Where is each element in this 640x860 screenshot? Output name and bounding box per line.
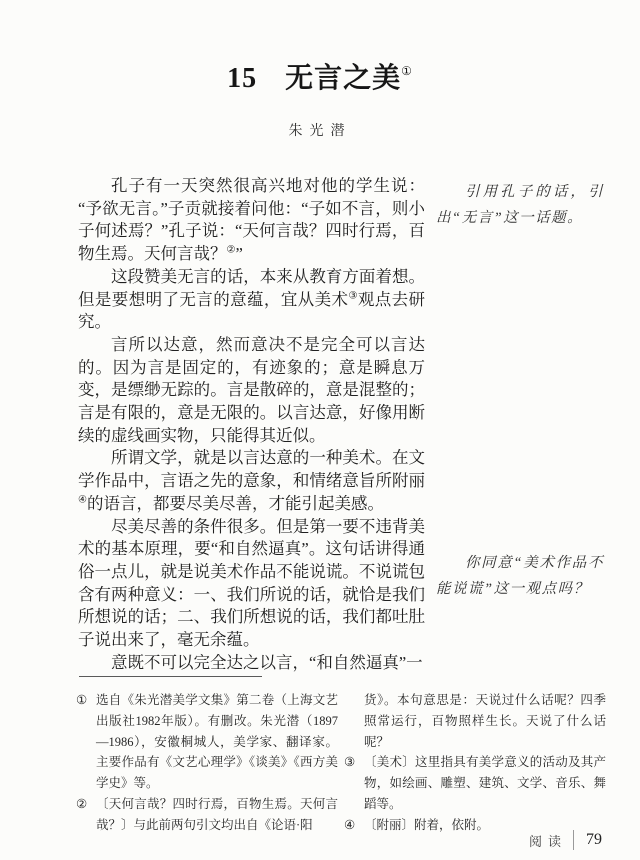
footnote-text: 选自《朱光潜美学文集》第二卷（上海文艺出版社1982年版）。有删改。朱光潜（18… [96, 693, 338, 790]
body-paragraph: 言所以达意，然而意决不是完全可以言达的。因为言是固定的，有迹象的；意是瞬息万变，… [78, 334, 425, 448]
body-paragraph: 意既不可以完全达之以言，“和自然逼真”一 [78, 652, 425, 675]
footnote-text: 〔美术〕这里指具有美学意义的活动及其产物，如绘画、雕塑、建筑、文学、音乐、舞蹈等… [364, 755, 606, 811]
body-paragraph: 所谓文学，就是以言达意的一种美术。在文学作品中，言语之先的意象，和情绪意旨所附丽… [78, 447, 425, 515]
footnotes-left-column: ①选自《朱光潜美学文集》第二卷（上海文艺出版社1982年版）。有删改。朱光潜（1… [76, 690, 338, 836]
article-body: 孔子有一天突然很高兴地对他的学生说：“予欲无言。”子贡就接着问他：“子如不言，则… [78, 175, 425, 674]
margin-note-question: 你同意“美术作品不能说谎”这一观点吗？ [436, 551, 604, 602]
footnote: ①选自《朱光潜美学文集》第二卷（上海文艺出版社1982年版）。有删改。朱光潜（1… [76, 690, 338, 794]
footnote-number: ② [76, 794, 87, 815]
body-paragraph: 孔子有一天突然很高兴地对他的学生说：“予欲无言。”子贡就接着问他：“子如不言，则… [78, 175, 425, 266]
footnote-number: ④ [344, 815, 355, 836]
footnote-text: 〔天何言哉？四时行焉，百物生焉。天何言哉？〕与此前两句引文均出自《论语·阳 [96, 797, 338, 832]
lesson-title-text: 无言之美 [285, 63, 401, 94]
footnotes-right-column: 货》。本句意思是：天说过什么话呢？四季照常运行，百物照样生长。天说了什么话呢？ … [344, 690, 606, 836]
footer-section-label: 阅读 [529, 831, 567, 850]
lesson-number: 15 [227, 63, 257, 94]
page-footer: 阅读 79 [529, 830, 602, 850]
footnote-divider [79, 676, 262, 677]
footer-page-number: 79 [586, 831, 602, 849]
page-header: 15无言之美① 朱光潜 [0, 56, 640, 140]
footnote-number: ① [76, 690, 87, 711]
body-paragraph: 尽美尽善的条件很多。但是第一要不违背美术的基本原理，要“和自然逼真”。这句话讲得… [78, 516, 425, 652]
footer-divider-line [573, 830, 574, 850]
lesson-title: 15无言之美① [0, 56, 640, 96]
footnote: ③〔美术〕这里指具有美学意义的活动及其产物，如绘画、雕塑、建筑、文学、音乐、舞蹈… [344, 752, 606, 814]
footnote-continuation: 货》。本句意思是：天说过什么话呢？四季照常运行，百物照样生长。天说了什么话呢？ [344, 690, 606, 752]
author-name: 朱光潜 [0, 120, 640, 140]
title-footnote-ref: ① [401, 64, 413, 78]
footnote-text: 货》。本句意思是：天说过什么话呢？四季照常运行，百物照样生长。天说了什么话呢？ [364, 693, 606, 749]
footnote: ②〔天何言哉？四时行焉，百物生焉。天何言哉？〕与此前两句引文均出自《论语·阳 [76, 794, 338, 836]
textbook-page: 15无言之美① 朱光潜 孔子有一天突然很高兴地对他的学生说：“予欲无言。”子贡就… [0, 0, 640, 860]
margin-note-topic: 引用孔子的话，引出“无言”这一话题。 [436, 180, 604, 231]
body-paragraph: 这段赞美无言的话，本来从教育方面着想。但是要想明了无言的意蕴，宜从美术③观点去研… [78, 266, 425, 334]
footnote-number: ③ [344, 752, 355, 773]
footnote-text: 〔附丽〕附着，依附。 [364, 818, 489, 832]
